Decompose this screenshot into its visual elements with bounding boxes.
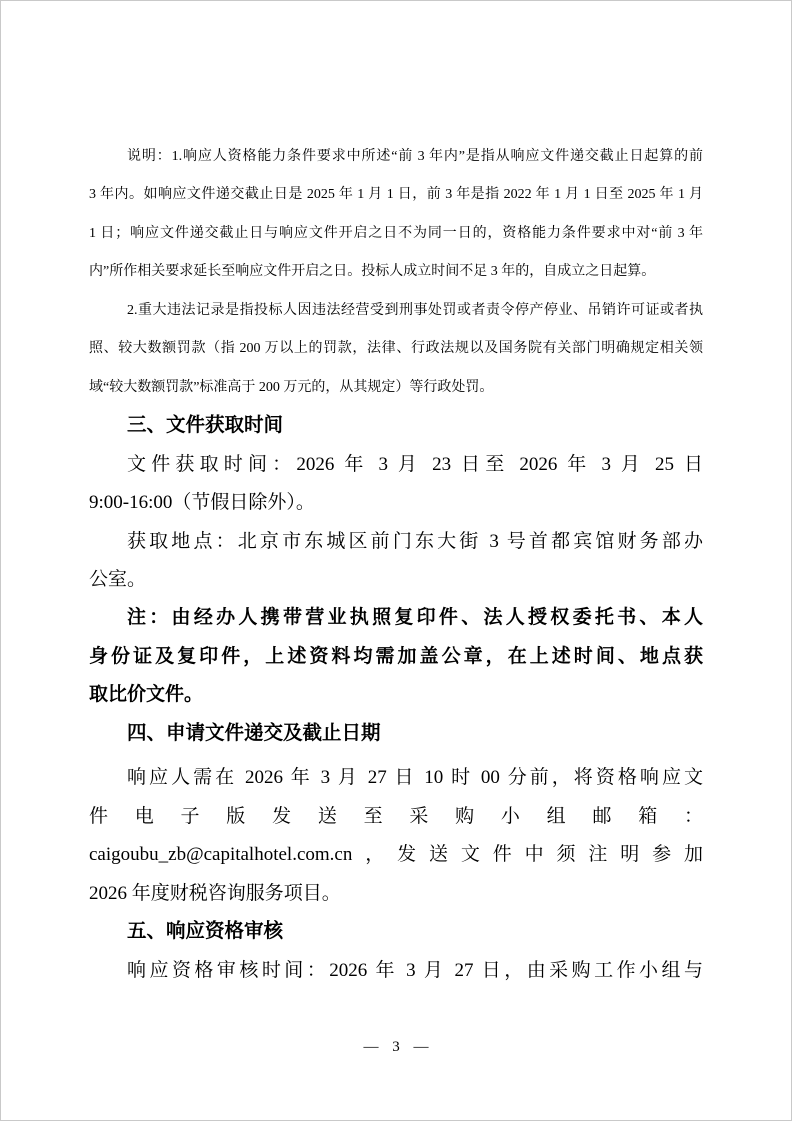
text-line: 文件获取时间：2026 年 3 月 23 日至 2026 年 3 月 25 日 bbox=[89, 446, 703, 484]
section-3-note-paragraph: 注：由经办人携带营业执照复印件、法人授权委托书、本人 身份证及复印件，上述资料均… bbox=[89, 599, 703, 714]
section-5-paragraph-1: 响应资格审核时间：2026 年 3 月 27 日，由采购工作小组与 bbox=[89, 952, 703, 990]
text-line: 获取地点：北京市东城区前门东大街 3 号首都宾馆财务部办 bbox=[89, 523, 703, 561]
text-line: 1 日；响应文件递交截止日与响应文件开启之日不为同一日的，资格能力条件要求中对“… bbox=[89, 215, 703, 253]
section-3-heading: 三、文件获取时间 bbox=[89, 407, 703, 445]
section-5-heading: 五、响应资格审核 bbox=[89, 913, 703, 951]
notes-paragraph-2: 2.重大违法记录是指投标人因违法经营受到刑事处罚或者责令停产停业、吊销许可证或者… bbox=[89, 292, 703, 407]
text-line: 说明：1.响应人资格能力条件要求中所述“前 3 年内”是指从响应文件递交截止日起… bbox=[89, 138, 703, 176]
text-line: 内”所作相关要求延长至响应文件开启之日。投标人成立时间不足 3 年的，自成立之日… bbox=[89, 253, 703, 291]
text-line: 取比价文件。 bbox=[89, 676, 703, 714]
text-line: 2026 年度财税咨询服务项目。 bbox=[89, 875, 703, 913]
section-3-paragraph-2: 获取地点：北京市东城区前门东大街 3 号首都宾馆财务部办 公室。 bbox=[89, 523, 703, 600]
section-4-heading: 四、申请文件递交及截止日期 bbox=[89, 715, 703, 753]
text-line: 照、较大数额罚款（指 200 万以上的罚款，法律、行政法规以及国务院有关部门明确… bbox=[89, 330, 703, 368]
section-3-paragraph-1: 文件获取时间：2026 年 3 月 23 日至 2026 年 3 月 25 日 … bbox=[89, 446, 703, 523]
text-line: 3 年内。如响应文件递交截止日是 2025 年 1 月 1 日，前 3 年是指 … bbox=[89, 176, 703, 214]
text-line: 9:00-16:00（节假日除外）。 bbox=[89, 484, 703, 522]
text-line: 注：由经办人携带营业执照复印件、法人授权委托书、本人 bbox=[89, 599, 703, 637]
section-4-paragraph-1: 响应人需在 2026 年 3 月 27 日 10 时 00 分前，将资格响应文 … bbox=[89, 759, 703, 913]
text-line: 件 电 子 版 发 送 至 采 购 小 组 邮 箱 ： bbox=[89, 798, 703, 836]
text-line: 响应资格审核时间：2026 年 3 月 27 日，由采购工作小组与 bbox=[89, 952, 703, 990]
email-text-line: caigoubu_zb@capitalhotel.com.cn，发送文件中须注明… bbox=[89, 836, 703, 874]
text-line: 2.重大违法记录是指投标人因违法经营受到刑事处罚或者责令停产停业、吊销许可证或者… bbox=[89, 292, 703, 330]
text-line: 域“较大数额罚款”标准高于 200 万元的，从其规定）等行政处罚。 bbox=[89, 369, 703, 407]
document-page: 说明：1.响应人资格能力条件要求中所述“前 3 年内”是指从响应文件递交截止日起… bbox=[0, 0, 792, 1121]
text-line: 身份证及复印件，上述资料均需加盖公章，在上述时间、地点获 bbox=[89, 638, 703, 676]
text-line: 响应人需在 2026 年 3 月 27 日 10 时 00 分前，将资格响应文 bbox=[89, 759, 703, 797]
page-number: — 3 — bbox=[1, 1039, 791, 1056]
text-line: 公室。 bbox=[89, 561, 703, 599]
notes-paragraph-1: 说明：1.响应人资格能力条件要求中所述“前 3 年内”是指从响应文件递交截止日起… bbox=[89, 138, 703, 292]
